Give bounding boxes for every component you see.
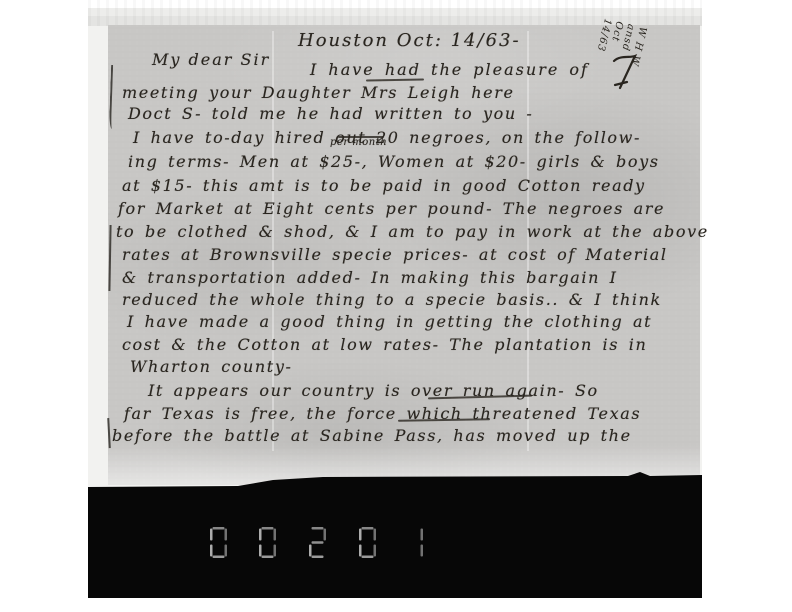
interline-insertion: per month <box>330 137 387 148</box>
letter-opening-line: I have had the pleasure of <box>310 60 589 79</box>
scanned-frame: Houston Oct: 14/63- My dear Sir I have h… <box>88 0 702 598</box>
letter-line: far Texas is free, the force which threa… <box>124 404 641 423</box>
letter-line: Wharton county- <box>130 357 292 376</box>
frame-counter <box>210 527 430 558</box>
margin-stroke <box>107 418 114 448</box>
counter-digit <box>359 527 376 558</box>
letter-line: to be clothed & shod, & I am to pay in w… <box>116 222 709 241</box>
letter-line: cost & the Cotton at low rates- The plan… <box>122 335 647 354</box>
counter-digit <box>259 527 276 558</box>
letter-page: Houston Oct: 14/63- My dear Sir I have h… <box>108 25 700 485</box>
letter-line: I have made a good thing in getting the … <box>127 312 652 331</box>
letter-line: for Market at Eight cents per pound- The… <box>118 199 665 218</box>
letter-line: & transportation added- In making this b… <box>122 268 618 287</box>
letter-line: rates at Brownsville specie prices- at c… <box>122 245 668 264</box>
counter-digit <box>309 527 326 558</box>
letter-dateline: Houston Oct: 14/63- <box>298 30 521 51</box>
letter-salutation: My dear Sir <box>152 50 270 69</box>
margin-stroke <box>109 65 116 129</box>
underline-mark <box>366 78 424 81</box>
letter-line: It appears our country is over run again… <box>148 381 599 400</box>
letter-line: at $15- this amt is to be paid in good C… <box>122 176 646 195</box>
letter-line: meeting your Daughter Mrs Leigh here <box>122 83 515 102</box>
letter-line: ing terms- Men at $25-, Women at $20- gi… <box>128 152 660 171</box>
letter-line: reduced the whole thing to a specie basi… <box>122 290 662 309</box>
letter-line: before the battle at Sabine Pass, has mo… <box>112 426 632 445</box>
microfilm-scan-viewport: Houston Oct: 14/63- My dear Sir I have h… <box>0 0 792 612</box>
docket-note: W H W ansd Oct 14/63 <box>590 17 648 78</box>
counter-digit <box>210 527 227 558</box>
film-footer-band <box>88 470 702 598</box>
underline-mark <box>338 136 384 138</box>
letter-line: Doct S- told me he had written to you - <box>128 104 533 123</box>
margin-stroke <box>108 225 114 291</box>
counter-digit <box>406 527 423 558</box>
